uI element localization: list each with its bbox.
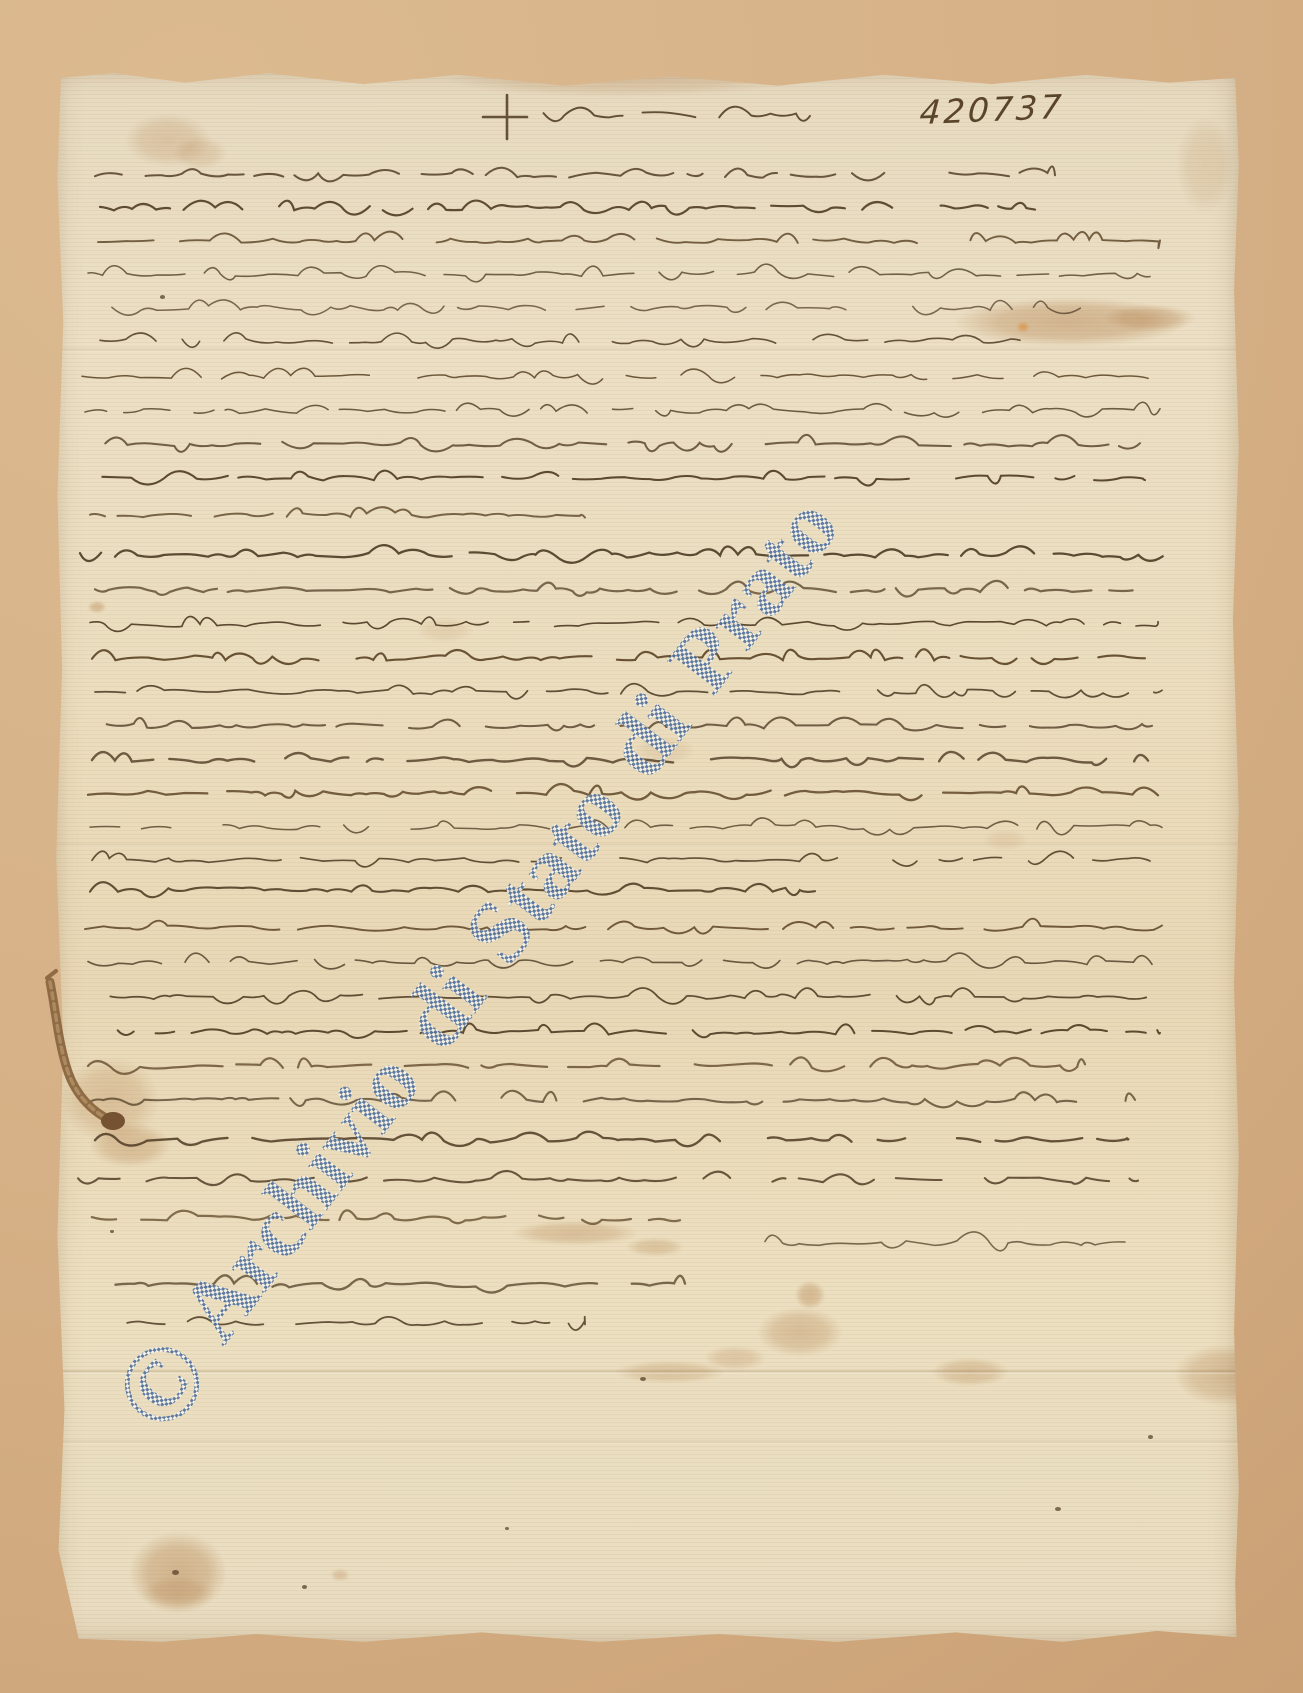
archive-watermark: ©Archivio di Stato di Prato: [91, 475, 864, 1450]
paper-stain: [90, 1123, 170, 1167]
fly-speck: [110, 1230, 114, 1233]
paper-stain: [932, 1358, 1008, 1386]
manuscript-line: [80, 545, 1163, 563]
archival-number: 420737: [919, 87, 1066, 132]
paper-stain: [417, 618, 473, 642]
manuscript-line: [82, 368, 1148, 384]
twine-strand: [47, 971, 56, 978]
manuscript-line: [88, 264, 1150, 282]
manuscript-line: [90, 882, 815, 897]
manuscript-line: [92, 752, 1148, 767]
handwriting-ink: [55, 70, 1240, 1645]
manuscript-line: [105, 435, 1140, 452]
header-date-line: [544, 107, 811, 121]
manuscript-line: [92, 851, 1150, 867]
manuscript-line: [88, 953, 1152, 969]
paper-stain: [142, 1577, 214, 1609]
paper-stain: [88, 601, 106, 613]
manuscript-line: [85, 919, 1162, 934]
paper-stain: [1017, 322, 1029, 332]
manuscript-line: [95, 1132, 1128, 1147]
paper-stain: [331, 1569, 349, 1581]
paper-stain: [513, 1221, 637, 1245]
fold-crease: [55, 842, 1240, 848]
manuscript-line: [85, 402, 1160, 417]
copyright-icon: ©: [87, 1315, 234, 1454]
manuscript-line: [102, 471, 1145, 486]
scanned-letter-page: 420737 ©Archivio di Stato di Prato: [0, 0, 1303, 1693]
paper-stain: [450, 64, 790, 96]
watermark-text: Archivio di Stato di Prato: [160, 479, 858, 1360]
fly-speck: [1055, 1507, 1061, 1511]
manuscript-line: [90, 1091, 1135, 1108]
fly-speck: [160, 295, 165, 299]
manuscript-line: [98, 232, 1160, 249]
paper-stain: [795, 1281, 825, 1309]
manuscript-line: [92, 1210, 680, 1224]
manuscript-line: [90, 507, 585, 517]
manuscript-line: [100, 333, 1020, 348]
fly-speck: [302, 1585, 307, 1589]
fly-speck: [1148, 1435, 1153, 1439]
manuscript-line: [88, 784, 1158, 800]
fold-crease: [55, 347, 1240, 353]
manuscript-line: [95, 684, 1162, 699]
fold-crease: [55, 1439, 1240, 1445]
paper-stain: [1177, 117, 1233, 213]
manuscript-line: [88, 1057, 1085, 1073]
fly-speck: [640, 1377, 646, 1381]
manuscript-line: [95, 166, 1055, 181]
header-cross-mark: [483, 95, 527, 139]
paper-stain: [1105, 305, 1195, 331]
manuscript-line: [90, 616, 1158, 631]
manuscript-line: [112, 300, 1080, 315]
fly-speck: [505, 1527, 509, 1530]
paper-stain: [130, 1533, 226, 1613]
paper-stain: [615, 1361, 725, 1383]
paper-stain: [174, 137, 226, 169]
manuscript-line: [95, 581, 1148, 597]
manuscript-line: [110, 988, 1146, 1005]
manuscript-line: [115, 1275, 685, 1292]
fly-speck: [172, 1570, 179, 1575]
paper-stain: [705, 1346, 765, 1370]
paper-stain: [627, 1238, 683, 1256]
paper-stain: [758, 1308, 842, 1356]
signature-line: [765, 1232, 1125, 1251]
paper-stain: [983, 830, 1027, 850]
manuscript-line: [127, 1317, 585, 1330]
fold-crease: [55, 1369, 1240, 1375]
paper-stain: [62, 1058, 158, 1142]
manuscript-line: [78, 1171, 1138, 1185]
manuscript-line: [90, 818, 1162, 835]
manuscript-line: [92, 649, 1145, 664]
manuscript-line: [107, 717, 1152, 730]
paper-stain: [635, 737, 695, 763]
paper-stain: [126, 114, 210, 166]
manuscript-line: [118, 1024, 1160, 1038]
manuscript-paper-sheet: 420737 ©Archivio di Stato di Prato: [55, 70, 1240, 1645]
paper-stain: [955, 298, 1185, 346]
paper-stain: [1175, 1345, 1271, 1405]
manuscript-line: [100, 201, 1035, 216]
